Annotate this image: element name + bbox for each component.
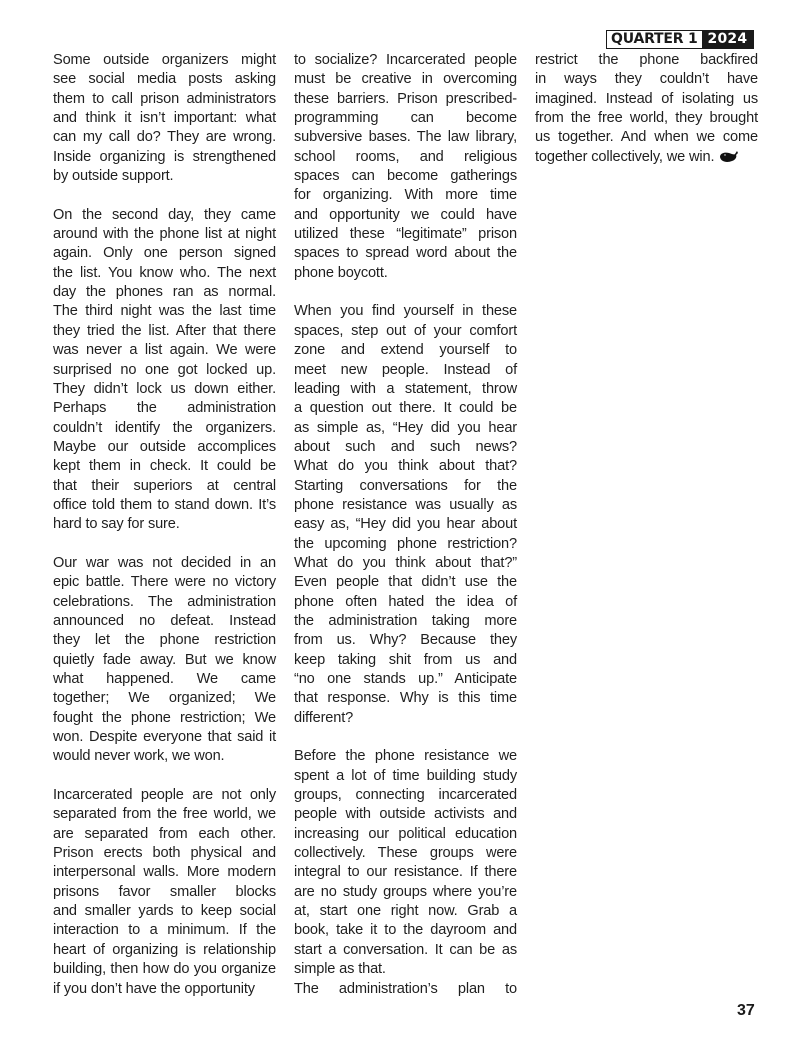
text-line: integral to our resistance. If there: [294, 863, 517, 882]
text-line: and think it isn’t important: what: [53, 109, 276, 128]
text-line: about such and such news?: [294, 438, 517, 457]
text-line: epic battle. There were no victory: [53, 573, 276, 592]
text-line: simple as that.: [294, 960, 517, 979]
text-line: kept them in check. It could be: [53, 457, 276, 476]
text-line: day the phones ran as normal.: [53, 283, 276, 302]
text-line: restrict the phone backfired: [535, 51, 758, 70]
text-line: fought the phone restriction; We: [53, 709, 276, 728]
column-1: Some outside organizers mightsee social …: [53, 51, 276, 999]
paragraph-gap: [294, 283, 517, 302]
text-line: and smaller yards to keep social: [53, 902, 276, 921]
text-line: they let the phone restriction: [53, 631, 276, 650]
quarter-label: QUARTER 1: [607, 31, 702, 48]
text-line: can my call do? They are wrong.: [53, 128, 276, 147]
text-line: heart of organizing is relationship: [53, 941, 276, 960]
text-line: these barriers. Prison prescribed-: [294, 90, 517, 109]
text-line: meet new people. Instead of: [294, 361, 517, 380]
issue-badge: QUARTER 1 2024: [606, 30, 754, 49]
text-line: and opportunity we could have: [294, 206, 517, 225]
text-line: hard to say for sure.: [53, 515, 276, 534]
text-line: programming can become: [294, 109, 517, 128]
text-line: would never work, we won.: [53, 747, 276, 766]
text-line: Maybe our outside accomplices: [53, 438, 276, 457]
text-line: from the free world, they brought: [535, 109, 758, 128]
text-line: us together. And when we come: [535, 128, 758, 147]
page-number: 37: [737, 1002, 755, 1020]
text-line: from us. Why? Because they: [294, 631, 517, 650]
text-line: the administration taking more: [294, 612, 517, 631]
text-line: they tried the list. After that there: [53, 322, 276, 341]
year-label: 2024: [702, 31, 754, 48]
text-line: in ways they couldn’t have: [535, 70, 758, 89]
text-line: prisons favor smaller blocks: [53, 883, 276, 902]
text-line: for organizing. With more time: [294, 186, 517, 205]
text-line: groups, connecting incarcerated: [294, 786, 517, 805]
text-line: start a conversation. It can be as: [294, 941, 517, 960]
text-line: the upcoming phone restriction?: [294, 535, 517, 554]
text-line: “no one stands up.” Anticipate: [294, 670, 517, 689]
text-line: together; We organized; We: [53, 689, 276, 708]
text-line: Inside organizing is strengthened: [53, 148, 276, 167]
column-2: to socialize? Incarcerated peoplemust be…: [294, 51, 517, 999]
text-line: The third night was the last time: [53, 302, 276, 321]
paragraph-gap: [53, 535, 276, 554]
text-line: imagined. Instead of isolating us: [535, 90, 758, 109]
text-line: interpersonal walls. More modern: [53, 863, 276, 882]
text-line: was never a list again. We were: [53, 341, 276, 360]
text-line: the list. You know who. The next: [53, 264, 276, 283]
text-line: a question out there. It could be: [294, 399, 517, 418]
text-line: what happened. We came: [53, 670, 276, 689]
text-line: are no study groups where you’re: [294, 883, 517, 902]
text-line: phone often hated the idea of: [294, 593, 517, 612]
text-line: that response. Why is this time: [294, 689, 517, 708]
text-line: if you don’t have the opportunity: [53, 980, 276, 999]
text-line: utilized these “legitimate” prison: [294, 225, 517, 244]
text-line: are separated from each other.: [53, 825, 276, 844]
text-line: as simple as, “Hey did you hear: [294, 419, 517, 438]
text-line: spaces, step out of your comfort: [294, 322, 517, 341]
text-line: spaces to spread word about the: [294, 244, 517, 263]
text-line: that their superiors at central: [53, 477, 276, 496]
text-line: The administration’s plan to: [294, 980, 517, 999]
text-line: building, then how do you organize: [53, 960, 276, 979]
text-line: phone boycott.: [294, 264, 517, 283]
text-line: quietly fade away. But we know: [53, 651, 276, 670]
text-line: Perhaps the administration: [53, 399, 276, 418]
text-line: spent a lot of time building study: [294, 767, 517, 786]
text-line: to socialize? Incarcerated people: [294, 51, 517, 70]
text-line: phone resistance was usually as: [294, 496, 517, 515]
text-line: leading with a statement, throw: [294, 380, 517, 399]
text-line: people with outside activists and: [294, 805, 517, 824]
text-line: Incarcerated people are not only: [53, 786, 276, 805]
text-line: When you find yourself in these: [294, 302, 517, 321]
text-line: Before the phone resistance we: [294, 747, 517, 766]
text-line: What do you think about that?”: [294, 554, 517, 573]
text-line: spaces can become gatherings: [294, 167, 517, 186]
text-line: On the second day, they came: [53, 206, 276, 225]
text-line: Starting conversations for the: [294, 477, 517, 496]
text-line: announced no defeat. Instead: [53, 612, 276, 631]
text-line: at, start one right now. Grab a: [294, 902, 517, 921]
text-line: interaction to a minimum. If the: [53, 921, 276, 940]
text-line: couldn’t identify the organizers.: [53, 419, 276, 438]
text-line: subversive bases. The law library,: [294, 128, 517, 147]
text-line: They didn’t lock us down either.: [53, 380, 276, 399]
text-line: school rooms, and religious: [294, 148, 517, 167]
text-line: Prison erects both physical and: [53, 844, 276, 863]
text-line: separated from the free world, we: [53, 805, 276, 824]
text-line: different?: [294, 709, 517, 728]
text-line: won. Despite everyone that said it: [53, 728, 276, 747]
paragraph-gap: [53, 186, 276, 205]
text-line: Some outside organizers might: [53, 51, 276, 70]
text-line: office told them to stand down. It’s: [53, 496, 276, 515]
column-3: restrict the phone backfiredin ways they…: [535, 51, 758, 167]
text-line: zone and extend yourself to: [294, 341, 517, 360]
text-line: together collectively, we win.: [535, 148, 758, 167]
text-line: by outside support.: [53, 167, 276, 186]
text-line: collectively. These groups were: [294, 844, 517, 863]
paragraph-gap: [53, 767, 276, 786]
text-line: surprised no one got locked up.: [53, 361, 276, 380]
text-line: What do you think about that?: [294, 457, 517, 476]
text-line: around with the phone list at night: [53, 225, 276, 244]
text-line: see social media posts asking: [53, 70, 276, 89]
text-line: increasing our political education: [294, 825, 517, 844]
text-line: must be creative in overcoming: [294, 70, 517, 89]
paragraph-gap: [294, 728, 517, 747]
whale-icon: [719, 150, 739, 169]
text-line: easy as, “Hey did you hear about: [294, 515, 517, 534]
text-line: Our war was not decided in an: [53, 554, 276, 573]
text-line: them to call prison administrators: [53, 90, 276, 109]
text-line: keep taking shit from us and: [294, 651, 517, 670]
text-line: Even people that didn’t use the: [294, 573, 517, 592]
text-line: book, take it to the dayroom and: [294, 921, 517, 940]
text-line: celebrations. The administration: [53, 593, 276, 612]
text-line: again. Only one person signed: [53, 244, 276, 263]
